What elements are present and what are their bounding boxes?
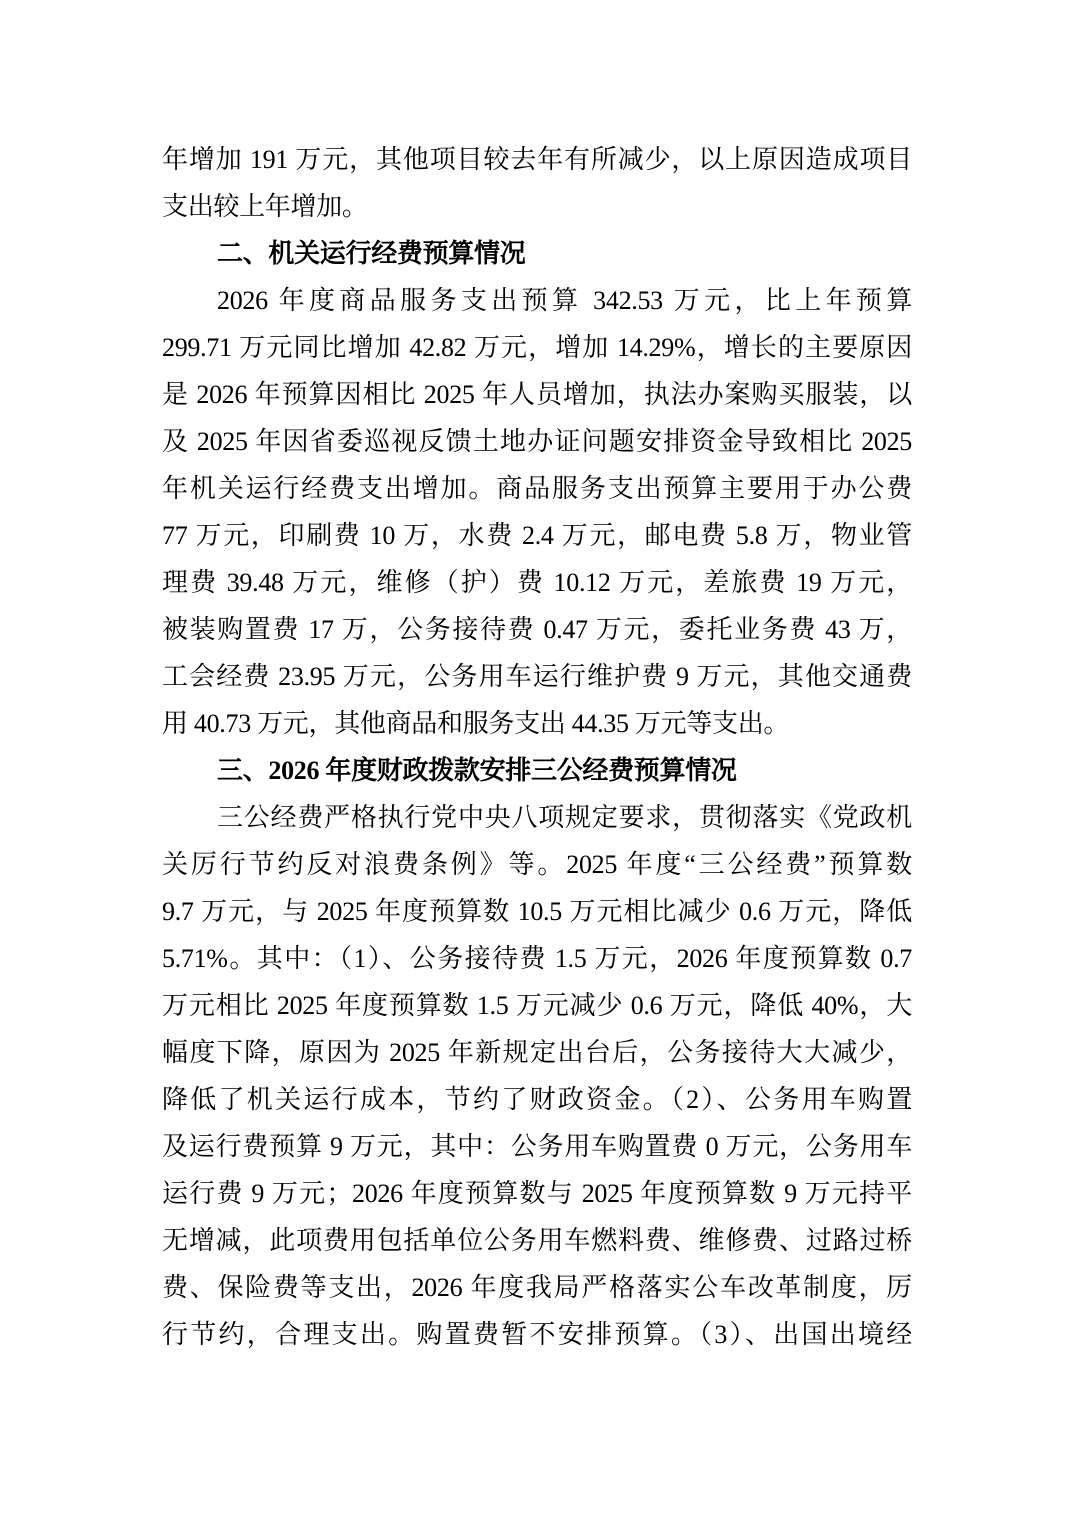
text-line: 用 40.73 万元，其他商品和服务支出 44.35 万元等支出。: [162, 700, 912, 747]
text-line: 5.71%。其中：（1）、公务接待费 1.5 万元，2026 年度预算数 0.7: [162, 935, 912, 982]
text-line: 费、保险费等支出，2026 年度我局严格落实公车改革制度，厉: [162, 1264, 912, 1311]
text-line: 支出较上年增加。: [162, 183, 912, 230]
text-line: 理费 39.48 万元，维修（护）费 10.12 万元，差旅费 19 万元，: [162, 559, 912, 606]
page-background: { "page": { "background_color": "#ffffff…: [0, 0, 1074, 1520]
text-line: 299.71 万元同比增加 42.82 万元，增加 14.29%，增长的主要原因: [162, 324, 912, 371]
text-line: 9.7 万元，与 2025 年度预算数 10.5 万元相比减少 0.6 万元，降…: [162, 888, 912, 935]
text-line: 幅度下降，原因为 2025 年新规定出台后，公务接待大大减少，: [162, 1029, 912, 1076]
text-line: 被装购置费 17 万，公务接待费 0.47 万元，委托业务费 43 万，: [162, 606, 912, 653]
text-line: 无增减，此项费用包括单位公务用车燃料费、维修费、过路过桥: [162, 1217, 912, 1264]
text-line: 运行费 9 万元；2026 年度预算数与 2025 年度预算数 9 万元持平: [162, 1170, 912, 1217]
text-line: 77 万元，印刷费 10 万，水费 2.4 万元，邮电费 5.8 万，物业管: [162, 512, 912, 559]
text-line: 及 2025 年因省委巡视反馈土地办证问题安排资金导致相比 2025: [162, 418, 912, 465]
document-body: 年增加 191 万元，其他项目较去年有所减少，以上原因造成项目支出较上年增加。二…: [162, 136, 912, 1358]
text-line: 及运行费预算 9 万元，其中：公务用车购置费 0 万元，公务用车: [162, 1123, 912, 1170]
text-line: 万元相比 2025 年度预算数 1.5 万元减少 0.6 万元，降低 40%，大: [162, 982, 912, 1029]
text-line: 关厉行节约反对浪费条例》等。2025 年度“三公经费”预算数: [162, 841, 912, 888]
text-line: 降低了机关运行成本，节约了财政资金。（2）、公务用车购置: [162, 1076, 912, 1123]
text-line: 行节约，合理支出。购置费暂不安排预算。（3）、出国出境经: [162, 1311, 912, 1358]
text-line: 工会经费 23.95 万元，公务用车运行维护费 9 万元，其他交通费: [162, 653, 912, 700]
document-page: 年增加 191 万元，其他项目较去年有所减少，以上原因造成项目支出较上年增加。二…: [0, 0, 1074, 1520]
text-line: 2026 年度商品服务支出预算 342.53 万元，比上年预算: [162, 277, 912, 324]
text-line: 年增加 191 万元，其他项目较去年有所减少，以上原因造成项目: [162, 136, 912, 183]
section-heading: 三、2026 年度财政拨款安排三公经费预算情况: [162, 747, 912, 794]
text-line: 三公经费严格执行党中央八项规定要求，贯彻落实《党政机: [162, 794, 912, 841]
section-heading: 二、机关运行经费预算情况: [162, 230, 912, 277]
text-line: 年机关运行经费支出增加。商品服务支出预算主要用于办公费: [162, 465, 912, 512]
text-line: 是 2026 年预算因相比 2025 年人员增加，执法办案购买服装，以: [162, 371, 912, 418]
